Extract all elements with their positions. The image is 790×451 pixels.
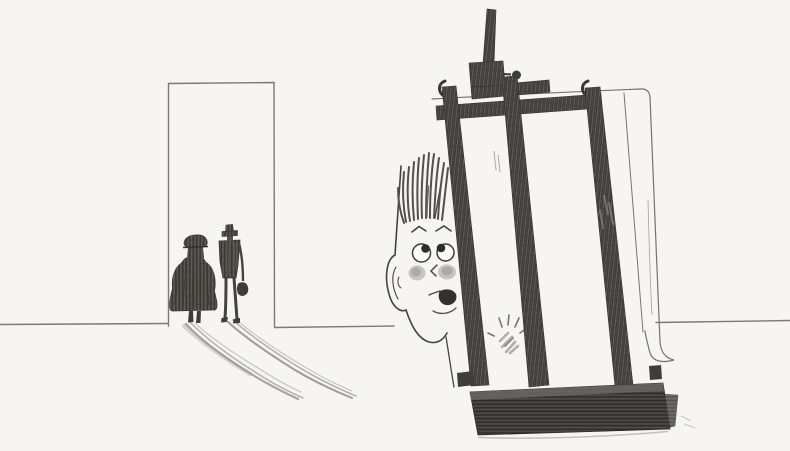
clamp-screw-knob: [512, 71, 521, 80]
man-jacket: [219, 240, 240, 278]
boy-left-pupil: [421, 244, 430, 253]
right-support-peg: [649, 365, 662, 380]
wall-baseline-left: [0, 324, 168, 325]
boy-right-pupil: [437, 244, 446, 253]
clamp-screw-stem: [504, 74, 511, 75]
woman-hat-brim: [183, 247, 208, 248]
emphasis-dash: [508, 315, 509, 325]
illustration-stage: [0, 0, 790, 451]
boy-left-blush-core: [411, 268, 421, 277]
boy-right-blush-core: [442, 267, 453, 276]
woman-collar: [187, 247, 204, 260]
illustration-canvas: [0, 0, 790, 451]
left-support-peg: [457, 371, 474, 387]
paper-background: [0, 0, 790, 451]
man-case: [237, 282, 248, 296]
easel-clamp: [469, 61, 505, 87]
